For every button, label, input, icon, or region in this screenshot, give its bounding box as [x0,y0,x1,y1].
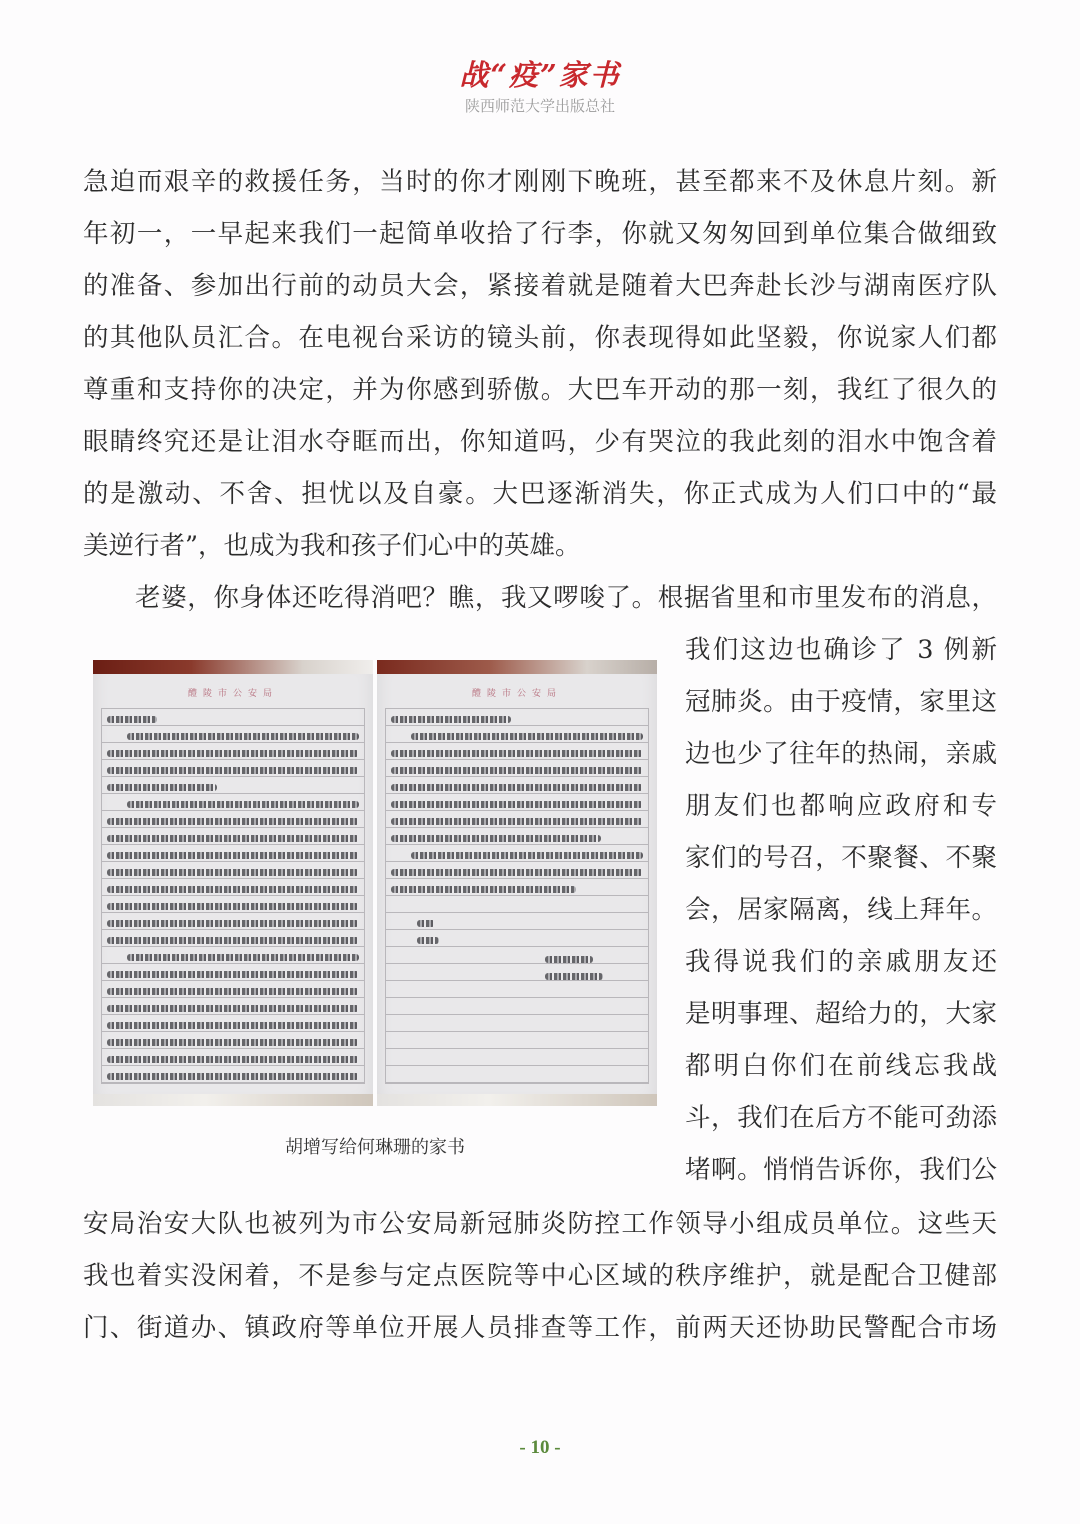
text-line: 急迫而艰辛的救援任务，当时的你才刚刚下晚班，甚至都来不及休息片刻。新 [83,164,997,200]
page-header: 战“疫”家书 陕西师范大学出版总社 [0,56,1080,116]
publisher-name: 陕西师范大学出版总社 [0,96,1080,116]
letterhead: 醴陵市公安局 [93,686,373,699]
text-line: 眼睛终究还是让泪水夺眶而出，你知道吗，少有哭泣的我此刻的泪水中饱含着 [83,424,997,460]
letter-page-left: 醴陵市公安局 [93,660,373,1106]
ruled-lines [385,708,649,1084]
text-line: 年初一，一早起来我们一起简单收拾了行李，你就又匆匆回到单位集合做细致 [83,216,997,252]
letterhead: 醴陵市公安局 [377,686,657,699]
text-line: 我得说我们的亲戚朋友还 [685,944,997,980]
letter-page-right: 醴陵市公安局 [377,660,657,1106]
text-line: 我也着实没闲着，不是参与定点医院等中心区域的秩序维护，就是配合卫健部 [83,1258,997,1294]
figure-caption: 胡增写给何琳珊的家书 [93,1133,657,1159]
text-line: 尊重和支持你的决定，并为你感到骄傲。大巴车开动的那一刻，我红了很久的 [83,372,997,408]
text-line: 都明白你们在前线忘我战 [685,1048,997,1084]
text-line: 我们这边也确诊了 3 例新 [685,632,997,668]
text-line: 老婆，你身体还吃得消吧？瞧，我又啰唆了。根据省里和市里发布的消息， [135,580,997,616]
photo-edge-shadow [93,660,373,674]
text-line: 门、街道办、镇政府等单位开展人员排查等工作，前两天还协助民警配合市场 [83,1310,997,1346]
text-line: 安局治安大队也被列为市公安局新冠肺炎防控工作领导小组成员单位。这些天 [83,1206,997,1242]
text-line: 的其他队员汇合。在电视台采访的镜头前，你表现得如此坚毅，你说家人们都 [83,320,997,356]
text-line: 会，居家隔离，线上拜年。 [685,892,997,928]
text-line: 堵啊。悄悄告诉你，我们公 [685,1152,997,1188]
text-line: 冠肺炎。由于疫情，家里这 [685,684,997,720]
text-line: 的准备、参加出行前的动员大会，紧接着就是随着大巴奔赴长沙与湖南医疗队 [83,268,997,304]
text-line: 家们的号召，不聚餐、不聚 [685,840,997,876]
text-line: 边也少了往年的热闹，亲戚 [685,736,997,772]
text-line: 美逆行者”，也成为我和孩子们心中的英雄。 [83,528,997,564]
text-line: 朋友们也都响应政府和专 [685,788,997,824]
photo-edge-shadow [377,660,657,674]
book-title: 战“疫”家书 [0,56,1080,94]
text-line: 斗，我们在后方不能可劲添 [685,1100,997,1136]
page-number: - 10 - [0,1437,1080,1459]
letter-photo: 醴陵市公安局 醴陵市公 [93,660,657,1106]
text-line: 是明事理、超给力的，大家 [685,996,997,1032]
text-line: 的是激动、不舍、担忧以及自豪。大巴逐渐消失，你正式成为人们口中的“最 [83,476,997,512]
